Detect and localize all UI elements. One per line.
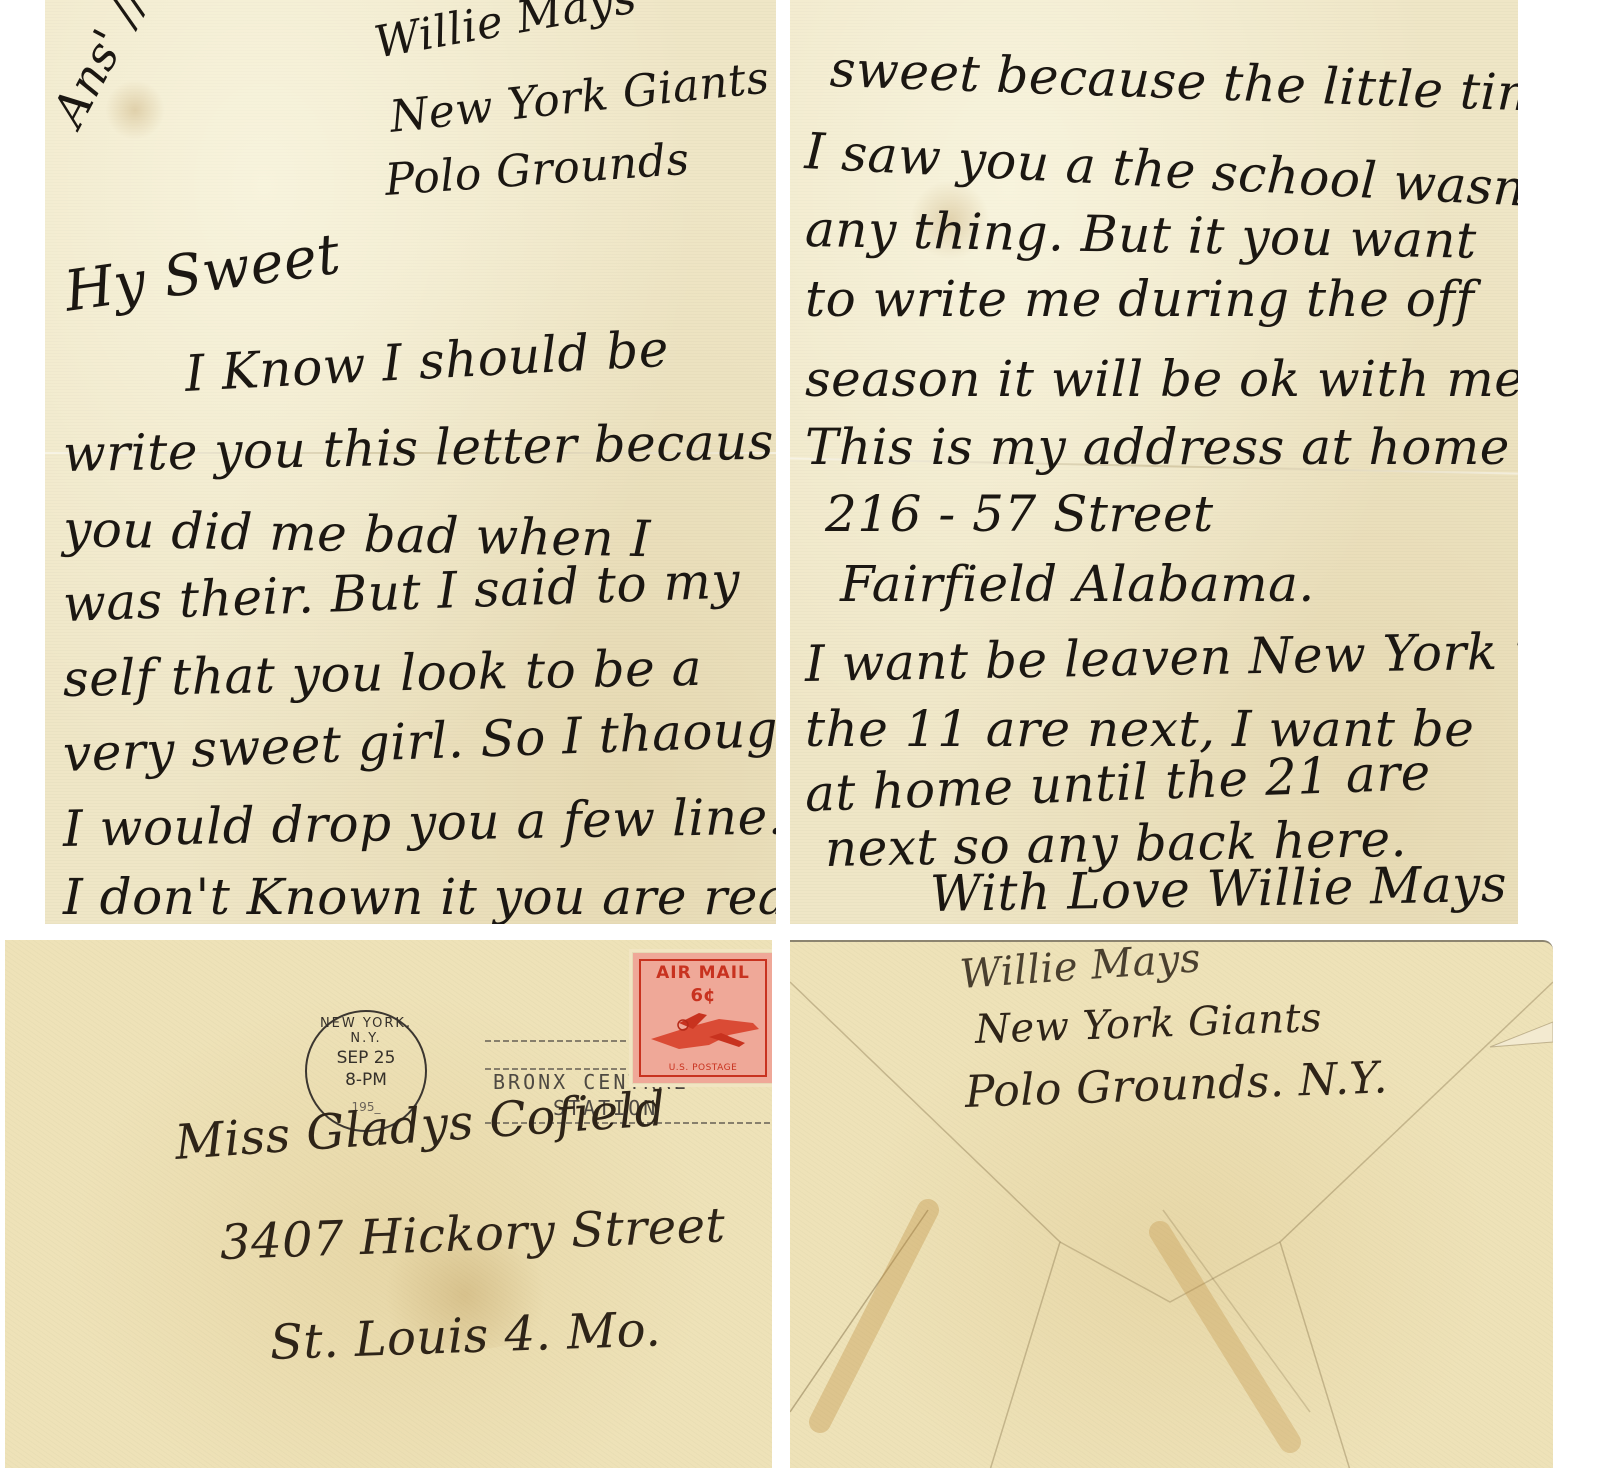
recipient-street: 3407 Hickory Street xyxy=(219,1197,726,1271)
stamp-footer: U.S. POSTAGE xyxy=(641,1063,765,1073)
ink-stain xyxy=(105,80,165,140)
home-address-street: 216 - 57 Street xyxy=(825,485,1214,543)
body-line: self that you look to be a xyxy=(62,639,702,708)
closing-signature: With Love Willie Mays xyxy=(929,855,1507,923)
airmail-stamp: AIR MAIL 6¢ U.S. POSTAGE xyxy=(632,952,772,1084)
body-line: write you this letter because xyxy=(62,412,776,483)
recipient-city: St. Louis 4. Mo. xyxy=(269,1301,662,1371)
stamp-title: AIR MAIL xyxy=(641,963,765,983)
body-line: very sweet girl. So I thaough xyxy=(62,699,776,783)
body-line: sweet because the little time xyxy=(829,40,1518,124)
envelope-back: Willie Mays New York Giants Polo Grounds… xyxy=(790,940,1553,1468)
home-address-city: Fairfield Alabama. xyxy=(840,555,1315,613)
postmark-city: NEW YORK, N.Y. xyxy=(307,1016,425,1046)
airplane-icon xyxy=(649,1009,761,1053)
body-line: to write me during the off xyxy=(805,270,1474,328)
return-heading-line-1: Willie Mays xyxy=(371,0,641,69)
envelope-front: NEW YORK, N.Y. SEP 25 8-PM 195_ BRONX CE… xyxy=(5,940,772,1468)
body-line: This is my address at home xyxy=(805,418,1510,476)
salutation: Hy Sweet xyxy=(60,222,344,325)
body-line: season it will be ok with me xyxy=(805,350,1518,408)
body-line: I Know I should be xyxy=(183,320,670,403)
body-line: was their. But I said to my xyxy=(62,551,741,633)
body-line: I want be leaven New York until xyxy=(804,621,1518,693)
return-heading-line-2: New York Giants xyxy=(387,52,771,143)
postmark-time: 8-PM xyxy=(307,1070,425,1090)
return-heading-line-3: Polo Grounds xyxy=(383,134,691,206)
postmark-date: SEP 25 xyxy=(307,1048,425,1068)
body-line: I would drop you a few line. xyxy=(62,787,776,858)
body-line: I don't Known it you are really xyxy=(63,868,776,924)
letter-page-2: sweet because the little time I saw you … xyxy=(790,0,1518,924)
letter-page-1: Ans' // Willie Mays New York Giants Polo… xyxy=(45,0,776,924)
stamp-value: 6¢ xyxy=(641,985,765,1006)
body-line: any thing. But it you want xyxy=(804,200,1477,270)
